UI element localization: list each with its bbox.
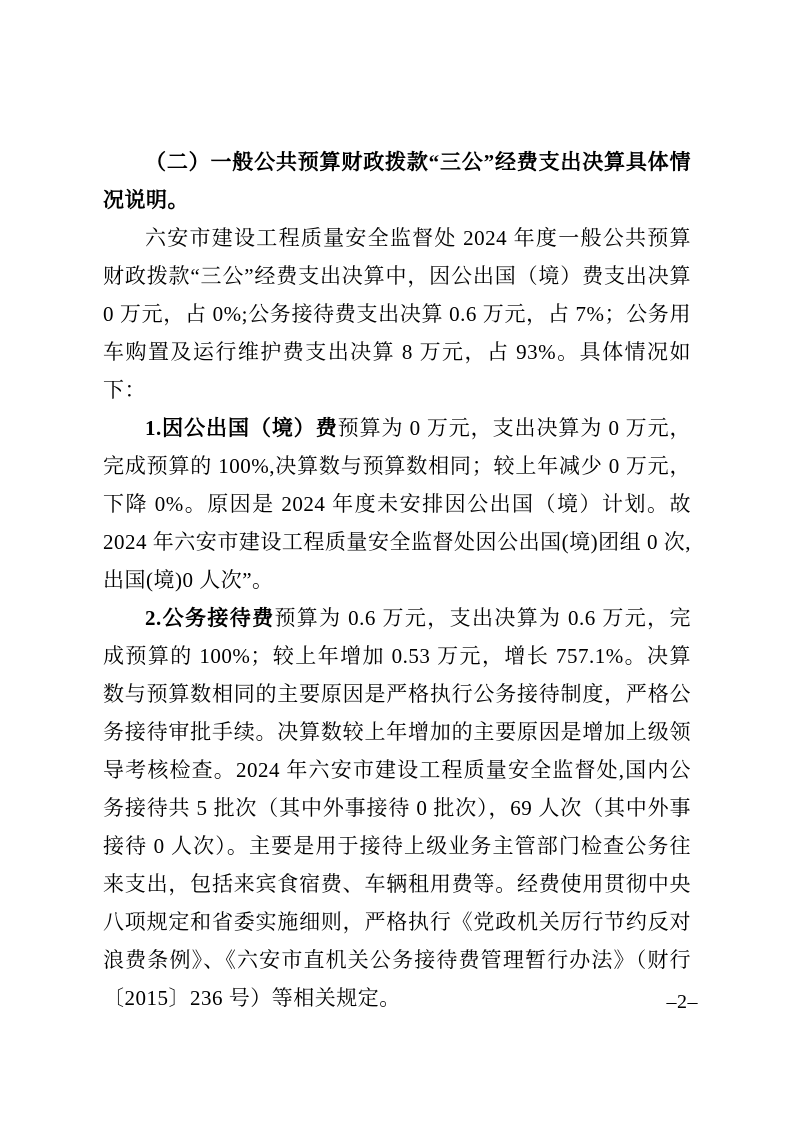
item-1-lead: 1.因公出国（境）费: [145, 416, 338, 440]
item-2-body: 预算为 0.6 万元，支出决算为 0.6 万元，完成预算的 100%；较上年增加…: [103, 606, 691, 1010]
item-1-paragraph: 1.因公出国（境）费预算为 0 万元，支出决算为 0 万元，完成预算的 100%…: [103, 409, 691, 599]
intro-paragraph: 六安市建设工程质量安全监督处 2024 年度一般公共预算财政拨款“三公”经费支出…: [103, 219, 691, 409]
item-2-paragraph: 2.公务接待费预算为 0.6 万元，支出决算为 0.6 万元，完成预算的 100…: [103, 599, 691, 1017]
document-page: （二）一般公共预算财政拨款“三公”经费支出决算具体情况说明。 六安市建设工程质量…: [0, 0, 793, 1122]
item-1-body: 预算为 0 万元，支出决算为 0 万元，完成预算的 100%,决算数与预算数相同…: [103, 416, 691, 592]
section-heading: （二）一般公共预算财政拨款“三公”经费支出决算具体情况说明。: [103, 143, 691, 219]
page-number: –2–: [667, 991, 699, 1013]
item-2-lead: 2.公务接待费: [145, 606, 274, 630]
document-body: （二）一般公共预算财政拨款“三公”经费支出决算具体情况说明。 六安市建设工程质量…: [103, 143, 691, 1017]
